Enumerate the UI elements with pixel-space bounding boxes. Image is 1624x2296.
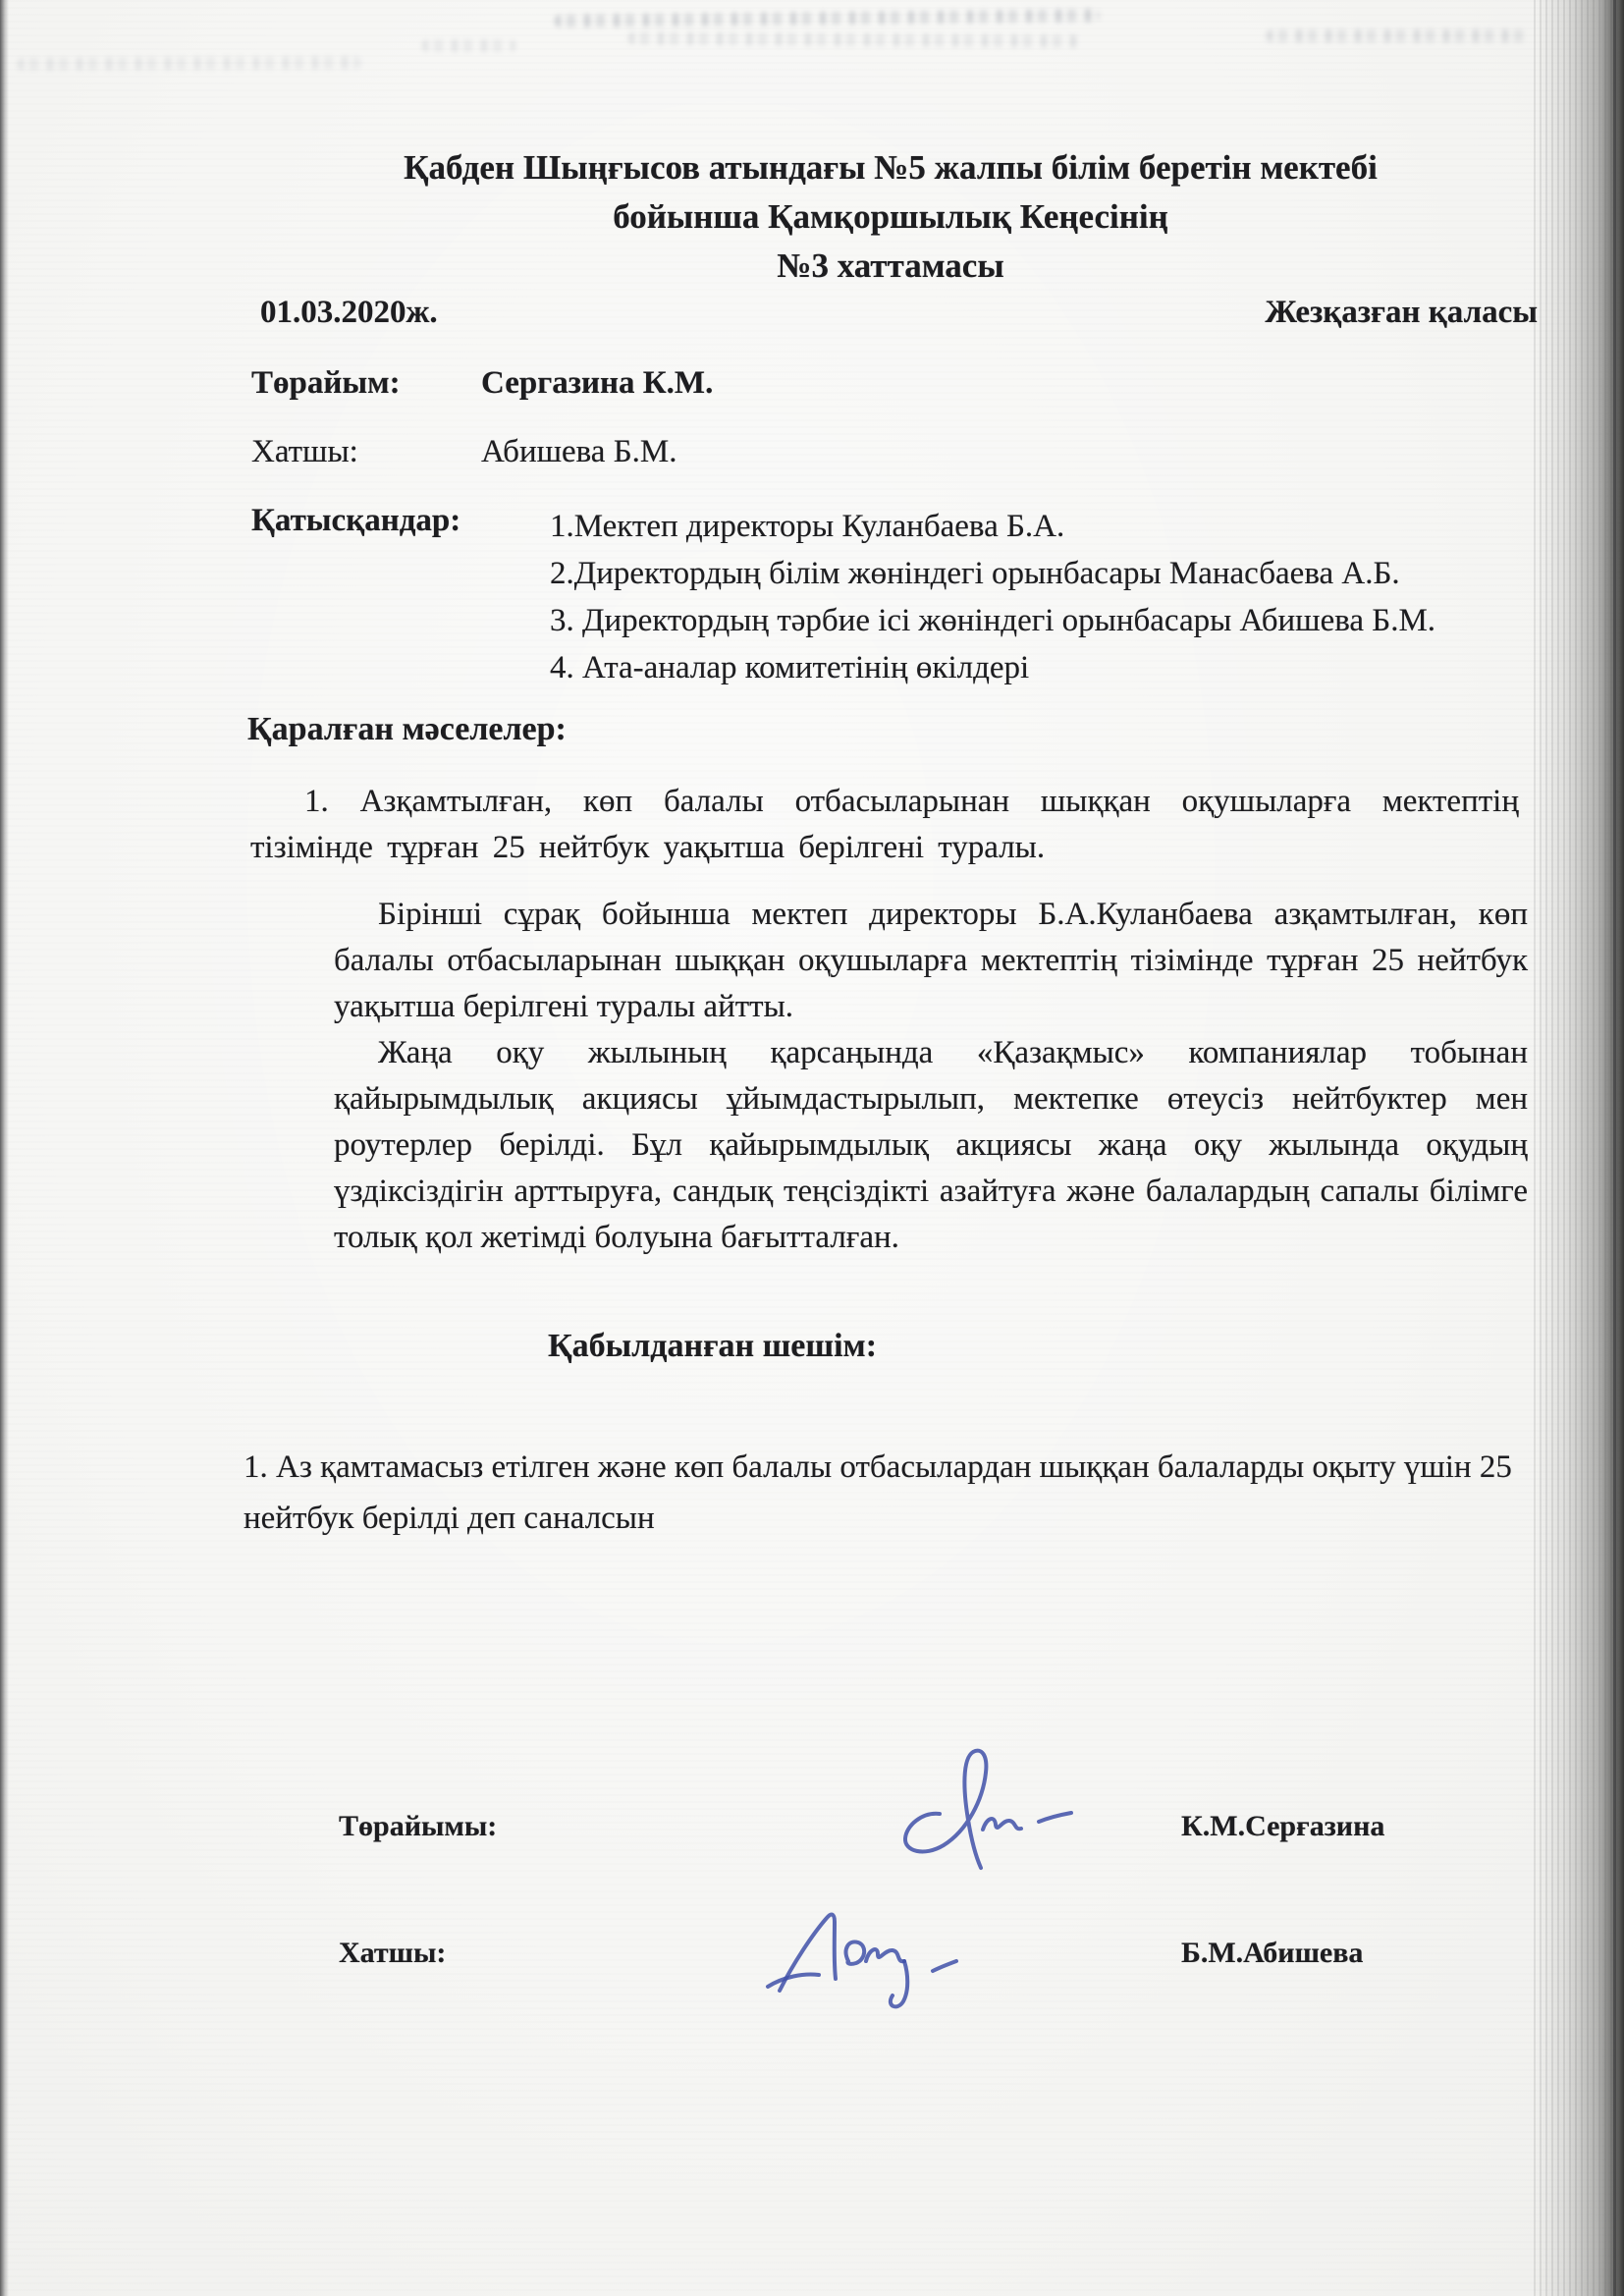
chair-name: Сергазина К.М.: [481, 365, 713, 402]
protocol-city: Жезқазған қаласы: [1265, 295, 1538, 331]
title-line-1: Қабден Шыңғысов атындағы №5 жалпы білім …: [157, 143, 1624, 192]
secretary-signature: [756, 1900, 982, 2018]
secretary-signature-name: Б.М.Абишева: [1181, 1937, 1363, 1970]
secretary-name: Абишева Б.М.: [481, 434, 677, 470]
decision-heading: Қабылданған шешім:: [548, 1328, 877, 1365]
chair-signature-name: К.М.Серғазина: [1181, 1810, 1384, 1843]
bleed-through-text: [555, 9, 1100, 27]
signature-stroke: [891, 1961, 907, 2006]
signature-stroke: [905, 1751, 986, 1868]
secretary-label: Хатшы:: [251, 434, 358, 470]
bleed-through-text: [1267, 29, 1532, 42]
discussion-paragraph: Бірінші сұрақ бойынша мектеп директоры Б…: [334, 892, 1528, 1030]
signature-stroke: [768, 1975, 819, 1988]
participant-item: 2.Директордың білім жөніндегі орынбасары…: [550, 550, 1435, 597]
participants-label: Қатысқандар:: [251, 503, 460, 539]
signature-stroke: [846, 1941, 904, 1963]
document-title: Қабден Шыңғысов атындағы №5 жалпы білім …: [157, 143, 1624, 291]
participants-list: 1.Мектеп директоры Куланбаева Б.А. 2.Дир…: [550, 503, 1435, 691]
secretary-signature-label: Хатшы:: [339, 1937, 446, 1970]
chair-label: Төрайым:: [251, 365, 401, 402]
participant-item: 4. Ата-аналар комитетінің өкілдері: [550, 644, 1435, 691]
signature-stroke: [983, 1819, 1021, 1830]
participant-item: 3. Директордың тәрбие ісі жөніндегі орын…: [550, 597, 1435, 644]
chair-signature: [889, 1743, 1095, 1881]
participant-item: 1.Мектеп директоры Куланбаева Б.А.: [550, 503, 1435, 550]
bleed-through-text: [18, 56, 361, 71]
discussion-paragraph: Жаңа оқу жылының қарсаңында «Қазақмыс» к…: [334, 1030, 1528, 1261]
chair-signature-label: Төрайымы:: [339, 1810, 497, 1843]
signature-stroke: [1039, 1813, 1071, 1822]
bleed-through-text: [628, 31, 1080, 47]
decision-item: 1. Аз қамтамасыз етілген және көп балалы…: [244, 1442, 1532, 1544]
agenda-heading: Қаралған мәселелер:: [247, 711, 567, 748]
document-page: Қабден Шыңғысов атындағы №5 жалпы білім …: [0, 0, 1624, 2296]
signature-stroke: [933, 1961, 956, 1971]
bleed-through-text: [422, 39, 515, 52]
scan-edge-right: [1534, 0, 1624, 2296]
scan-edge-left: [0, 0, 9, 2296]
title-line-2: бойынша Қамқоршылық Кеңесінің: [157, 192, 1624, 242]
protocol-date: 01.03.2020ж.: [260, 295, 438, 331]
agenda-item: 1. Азқамтылған, көп балалы отбасыларынан…: [250, 779, 1519, 871]
title-line-3: №3 хаттамасы: [157, 242, 1624, 291]
